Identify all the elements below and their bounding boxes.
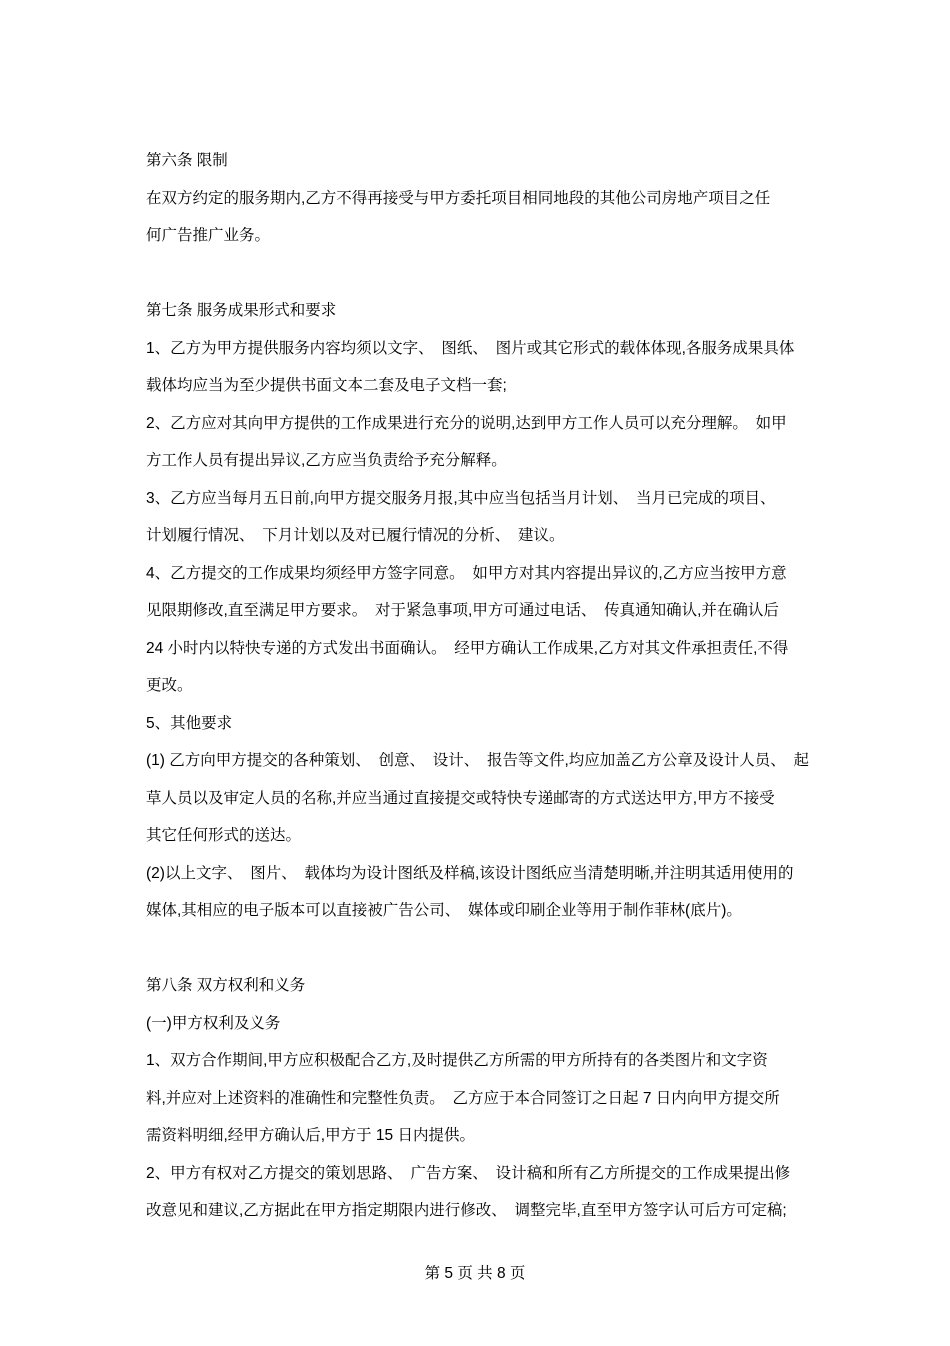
paragraph-line: 2、乙方应对其向甲方提供的工作成果进行充分的说明,达到甲方工作人员可以充分理解。… [146,405,930,443]
paragraph-line: 草人员以及审定人员的名称,并应当通过直接提交或特快专递邮寄的方式送达甲方,甲方不… [146,780,930,818]
paragraph-line: 改意见和建议,乙方据此在甲方指定期限内进行修改、 调整完毕,直至甲方签字认可后方… [146,1192,930,1230]
paragraph-line: (一)甲方权利及义务 [146,1005,930,1043]
paragraph-line: 料,并应对上述资料的准确性和完整性负责。 乙方应于本合同签订之日起 7 日内向甲… [146,1080,930,1118]
paragraph-line: 需资料明细,经甲方确认后,甲方于 15 日内提供。 [146,1117,930,1155]
paragraph-line: 载体均应当为至少提供书面文本二套及电子文档一套; [146,367,930,405]
page-footer: 第 5 页 共 8 页 [0,1255,950,1293]
paragraph-line: 1、乙方为甲方提供服务内容均须以文字、 图纸、 图片或其它形式的载体体现,各服务… [146,330,930,368]
document-body: 第六条 限制在双方约定的服务期内,乙方不得再接受与甲方委托项目相同地段的其他公司… [146,142,930,1230]
paragraph-line: 其它任何形式的送达。 [146,817,930,855]
paragraph-line: 24 小时内以特快专递的方式发出书面确认。 经甲方确认工作成果,乙方对其文件承担… [146,630,930,668]
paragraph-line: 计划履行情况、 下月计划以及对已履行情况的分析、 建议。 [146,517,930,555]
paragraph-line: 3、乙方应当每月五日前,向甲方提交服务月报,其中应当包括当月计划、 当月已完成的… [146,480,930,518]
document-page: 第六条 限制在双方约定的服务期内,乙方不得再接受与甲方委托项目相同地段的其他公司… [0,0,950,1346]
section-heading: 第七条 服务成果形式和要求 [146,292,930,330]
section-heading: 第八条 双方权利和义务 [146,967,930,1005]
paragraph-line: 5、其他要求 [146,705,930,743]
paragraph-line: 何广告推广业务。 [146,217,930,255]
paragraph-line: 在双方约定的服务期内,乙方不得再接受与甲方委托项目相同地段的其他公司房地产项目之… [146,180,930,218]
blank-line [146,255,930,293]
page-number: 第 5 页 共 8 页 [425,1255,526,1293]
paragraph-line: 方工作人员有提出异议,乙方应当负责给予充分解释。 [146,442,930,480]
paragraph-line: 4、乙方提交的工作成果均须经甲方签字同意。 如甲方对其内容提出异议的,乙方应当按… [146,555,930,593]
paragraph-line: 更改。 [146,667,930,705]
paragraph-line: 见限期修改,直至满足甲方要求。 对于紧急事项,甲方可通过电话、 传真通知确认,并… [146,592,930,630]
paragraph-line: (1) 乙方向甲方提交的各种策划、 创意、 设计、 报告等文件,均应加盖乙方公章… [146,742,930,780]
paragraph-line: 媒体,其相应的电子版本可以直接被广告公司、 媒体或印刷企业等用于制作菲林(底片)… [146,892,930,930]
paragraph-line: 1、双方合作期间,甲方应积极配合乙方,及时提供乙方所需的甲方所持有的各类图片和文… [146,1042,930,1080]
section-heading: 第六条 限制 [146,142,930,180]
blank-line [146,930,930,968]
paragraph-line: (2)以上文字、 图片、 载体均为设计图纸及样稿,该设计图纸应当清楚明晰,并注明… [146,855,930,893]
paragraph-line: 2、甲方有权对乙方提交的策划思路、 广告方案、 设计稿和所有乙方所提交的工作成果… [146,1155,930,1193]
